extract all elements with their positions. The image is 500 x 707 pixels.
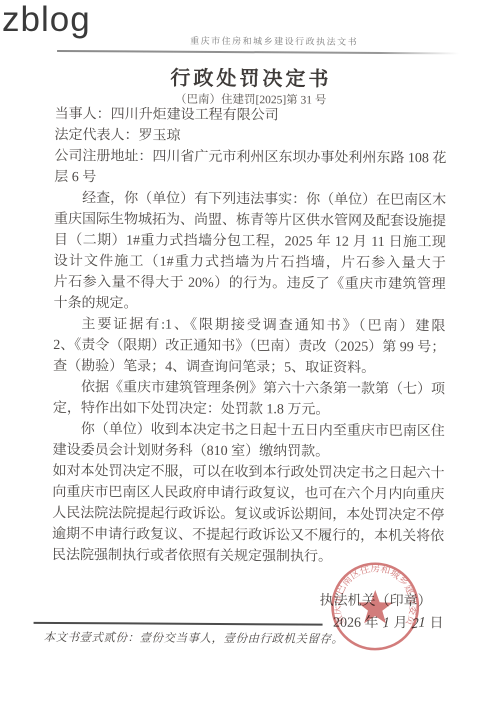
document-line: 公司注册地址：四川省广元市利州区东坝办事处利州东路 108 花园 A 栋 2: [54, 146, 446, 169]
document-line: 2、《责令（限期）改正通知书》（巴南）责改（2025）第 99 号；3、现场检: [53, 335, 445, 358]
document-line: 民法院强制执行或者依照有关规定强制执行。: [52, 545, 444, 568]
page: zblog 重庆市住房和城乡建设行政执法文书 行政处罚决定书 （巴南）住建罚[2…: [0, 0, 500, 707]
document-line: 你（单位）收到本决定书之日起十五日内至重庆市巴南区住房和城乡: [53, 419, 445, 442]
document-line: 建设委员会计划财务科（810 室）缴纳罚款。: [53, 440, 445, 463]
signature-date-day-handwritten: 21: [411, 615, 425, 634]
document-line: 设计文件施工（1#重力式挡墙为片石挡墙，片石参入量大于 20%，原设计: [54, 251, 446, 274]
document-title: 行政处罚决定书: [55, 61, 447, 92]
document-scan: 重庆市住房和城乡建设行政执法文书 行政处罚决定书 （巴南）住建罚[2025]第 …: [0, 0, 500, 707]
footer-note: 本文书壹式贰份：壹份交当事人，壹份由行政机关留存。: [43, 629, 343, 647]
document-body: 当事人：四川升炬建设工程有限公司法定代表人：罗玉琼公司注册地址：四川省广元市利州…: [52, 104, 447, 568]
signature-issuer-label: 执法机关（印章）: [52, 588, 444, 610]
signature-date-month-handwritten: 1: [382, 615, 390, 633]
signature-date-day-unit: 日: [430, 616, 444, 631]
document-line: 依据《重庆市建筑管理条例》第六十六条第一款第（七）项第四款的规: [53, 377, 445, 400]
document-line: 目（二期）1#重力式挡墙分包工程，2025 年 12 月 11 日施工现场存在未…: [54, 230, 446, 253]
document-line: 定，特作出如下处罚决定：处罚款 1.8 万元。: [53, 398, 445, 421]
document-line: 如对本处罚决定不服，可以在收到本行政处罚决定书之日起六十日内依法: [52, 461, 444, 484]
document-line: 十条的规定。: [53, 293, 445, 316]
document-line: 当事人：四川升炬建设工程有限公司: [55, 104, 447, 127]
signature-date-year: 2026 年: [333, 616, 379, 631]
document-line: 片石参入量不得大于 20%）的行为。违反了《重庆市建筑管理条例》第四: [54, 272, 446, 295]
document-line: 人民法院法院提起行政诉讼。复议或诉讼期间，本处罚决定不停止执行。: [52, 503, 444, 526]
document-line: 向重庆市巴南区人民政府申请行政复议，也可在六个月内向重庆市巴南区: [52, 482, 444, 505]
document-line: 逾期不申请行政复议、不提起行政诉讼又不履行的，本机关将依法申请人: [52, 524, 444, 547]
document-line: 主要证据有:1、《限期接受调查通知书》（巴南）建限（2025）第 99 号；: [53, 314, 445, 337]
document-letterhead: 重庆市住房和城乡建设行政执法文书: [190, 34, 358, 48]
letterhead-divider: [57, 50, 459, 54]
signature-date-month-unit: 月: [394, 616, 408, 631]
document-line: 重庆国际生物城拓为、尚盟、栋青等片区供水管网及配套设施提升改造项: [54, 209, 446, 232]
document-line: 层 6 号: [54, 167, 446, 190]
document-line: 法定代表人：罗玉琼: [54, 125, 446, 148]
document-line: 经查，你（单位）有下列违法事实：你（单位）在巴南区木洞镇承建的: [54, 188, 446, 211]
document-line: 查（勘验）笔录；4、调查询问笔录；5、取证资料。: [53, 356, 445, 379]
